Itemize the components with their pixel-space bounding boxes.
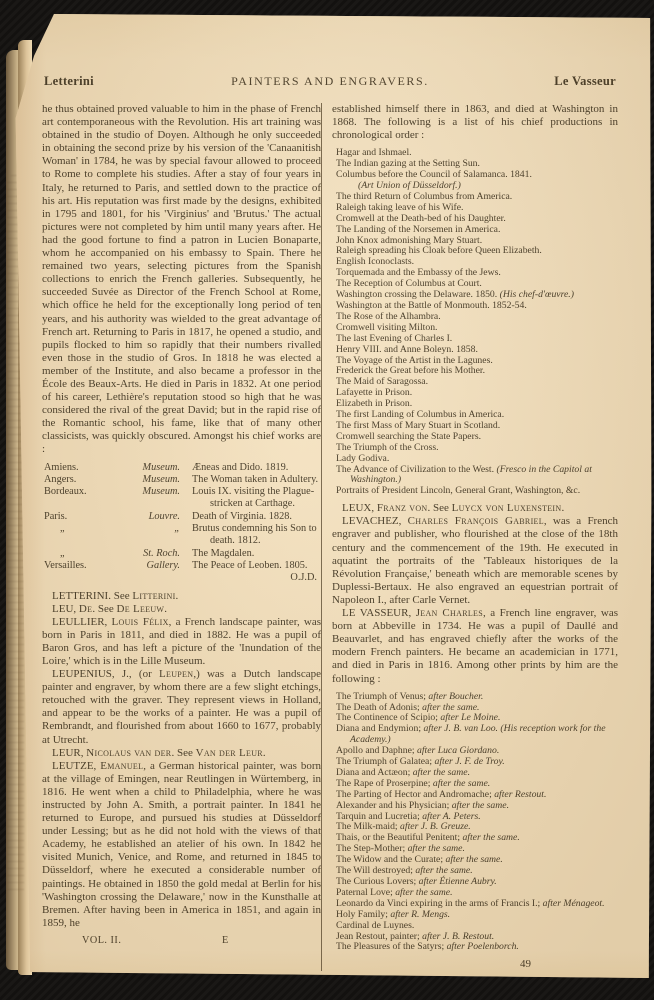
small-caps-name: Jean Charles [416, 607, 483, 619]
works-table-row: Angers.Museum.The Woman taken in Adulter… [44, 474, 321, 486]
work-item: Portraits of President Lincoln, General … [336, 486, 618, 497]
left-column: he thus obtained proved valuable to him … [42, 103, 321, 947]
small-caps-name: Van der Leur [196, 747, 263, 759]
small-caps-name: Charles François Gabriel [408, 515, 544, 527]
text-run: Elizabeth in Prison. [336, 398, 412, 409]
small-caps-name: Leupen [159, 668, 193, 680]
work-location: „ [44, 548, 116, 560]
text-run: The Maid of Saragossa. [336, 376, 428, 387]
text-run: Cardinal de Luynes. [336, 920, 414, 931]
text-run: The Widow and the Curate; [336, 854, 445, 865]
text-run: . See [171, 747, 195, 759]
text-run: LETTERINI. See [52, 590, 132, 602]
works-list: Hagar and Ishmael.The Indian gazing at t… [336, 148, 618, 497]
text-run: . See [428, 502, 452, 514]
running-head-center: PAINTERS AND ENGRAVERS. [231, 74, 429, 89]
text-run: The Triumph of Venus; [336, 691, 428, 702]
small-caps-name: Luycx von Luxenstein [452, 502, 562, 514]
small-caps-name: Emanuel [100, 760, 143, 772]
text-run: Raleigh taking leave of his Wife. [336, 202, 463, 213]
italic-text: after the same. [462, 832, 519, 843]
book-page: Letterini PAINTERS AND ENGRAVERS. Le Vas… [0, 0, 654, 1000]
italic-text: after Étienne Aubry. [419, 876, 497, 887]
text-run: Raleigh spreading his Cloak before Queen… [336, 245, 542, 256]
work-title: Louis IX. visiting the Plague-stricken a… [192, 486, 321, 511]
text-run: Tarquin and Lucretia; [336, 811, 422, 822]
italic-text: after the same. [433, 778, 490, 789]
italic-text: after the same. [445, 854, 502, 865]
paragraph: LEUR, Nicolaus van der. See Van der Leur… [42, 747, 321, 760]
paragraph: established himself there in 1863, and d… [332, 103, 618, 142]
text-run: The first Mass of Mary Stuart in Scotlan… [336, 420, 500, 431]
text-run: Lafayette in Prison. [336, 387, 412, 398]
italic-text: after Restout. [494, 789, 546, 800]
volume-label: VOL. II. [82, 934, 121, 947]
paragraph: he thus obtained proved valuable to him … [42, 103, 321, 457]
text-run: Columbus before the Council of Salamanca… [336, 169, 532, 180]
work-gallery: St. Roch. [116, 548, 180, 560]
text-run: he thus obtained proved valuable to him … [42, 103, 321, 455]
text-run: LEUX, [342, 502, 377, 514]
text-run: The Pleasures of the Satyrs; [336, 941, 447, 952]
text-run: The Landing of the Norsemen in America. [336, 224, 500, 235]
work-title: The Magdalen. [192, 548, 321, 560]
text-run: . [164, 603, 167, 615]
work-location: Angers. [44, 474, 116, 486]
running-head: Letterini PAINTERS AND ENGRAVERS. Le Vas… [42, 74, 618, 91]
text-run: Henry VIII. and Anne Boleyn. 1858. [336, 344, 478, 355]
work-gallery: Museum. [116, 474, 180, 486]
text-run: Holy Family; [336, 909, 390, 920]
work-item: The Pleasures of the Satyrs; after Poele… [336, 942, 618, 953]
page-number: 49 [332, 958, 618, 971]
small-caps-name: Nicolaus van der [86, 747, 171, 759]
paragraph: LEUPENIUS, J., (or Leupen,) was a Dutch … [42, 668, 321, 747]
paragraph: LE VASSEUR, Jean Charles, a French line … [332, 607, 618, 686]
right-column-content: established himself there in 1863, and d… [332, 103, 618, 953]
text-run: The Curious Lovers; [336, 876, 419, 887]
work-title: Death of Virginia. 1828. [192, 511, 321, 523]
contributor-initials: O.J.D. [44, 572, 321, 584]
text-run: Jean Restout, painter; [336, 931, 422, 942]
work-location: Paris. [44, 511, 116, 523]
text-run: The Triumph of the Cross. [336, 442, 439, 453]
small-caps-name: Franz von [377, 502, 428, 514]
text-run: Cromwell at the Death-bed of his Daughte… [336, 213, 506, 224]
small-caps-name: De Leeuw [116, 603, 164, 615]
text-run: The Death of Adonis; [336, 702, 422, 713]
text-run: John Knox admonishing Mary Stuart. [336, 235, 482, 246]
work-gallery: Louvre. [116, 511, 180, 523]
italic-text: after the same. [415, 865, 472, 876]
text-run: . [561, 502, 564, 514]
text-run: The Parting of Hector and Andromache; [336, 789, 494, 800]
text-run: The first Landing of Columbus in America… [336, 409, 504, 420]
italic-text: after Ménageot. [543, 898, 605, 909]
text-run: Cromwell searching the State Papers. [336, 431, 481, 442]
italic-text: after Poelenborch. [447, 941, 519, 952]
italic-text: after the same. [422, 702, 479, 713]
text-run: Portraits of President Lincoln, General … [336, 485, 580, 496]
italic-text: after J. B. Greuze. [400, 821, 471, 832]
text-run: Cromwell visiting Milton. [336, 322, 437, 333]
work-location: Amiens. [44, 462, 116, 474]
right-column: established himself there in 1863, and d… [321, 103, 618, 971]
text-run: English Iconoclasts. [336, 256, 414, 267]
sheet-signature: E [222, 934, 228, 947]
works-table-row: Versailles.Gallery.The Peace of Leoben. … [44, 560, 321, 572]
text-run: The Continence of Scipio; [336, 712, 440, 723]
works-table-row: Paris.Louvre.Death of Virginia. 1828. [44, 511, 321, 523]
paragraph: LEU, De. See De Leeuw. [42, 603, 321, 616]
signature-line: VOL. II. E [42, 934, 321, 947]
work-gallery: „ [116, 523, 180, 548]
italic-text: (Art Union of Düsseldorf.) [358, 180, 461, 191]
text-run: Thais, or the Beautiful Penitent; [336, 832, 462, 843]
work-title: The Peace of Leoben. 1805. [192, 560, 321, 572]
text-run: Paternal Love; [336, 887, 395, 898]
text-run: , a German historical painter, was born … [42, 760, 321, 929]
work-title: The Woman taken in Adultery. [192, 474, 321, 486]
paragraph: LETTERINI. See Litterini. [42, 590, 321, 603]
text-run: . See [92, 603, 116, 615]
work-location: Bordeaux. [44, 486, 116, 511]
works-list: The Triumph of Venus; after Boucher.The … [336, 692, 618, 954]
works-table: Amiens.Museum.Æneas and Dido. 1819.Anger… [44, 462, 321, 585]
paragraph: LEVACHEZ, Charles François Gabriel, was … [332, 515, 618, 607]
text-run: The Voyage of the Artist in the Lagunes. [336, 355, 493, 366]
text-run: Washington at the Battle of Monmouth. 18… [336, 300, 527, 311]
text-run: . [176, 590, 179, 602]
text-run: LEUR, [52, 747, 86, 759]
text-run: Leonardo da Vinci expiring in the arms o… [336, 898, 543, 909]
left-column-content: he thus obtained proved valuable to him … [42, 103, 321, 930]
text-run: Diana and Endymion; [336, 723, 423, 734]
two-column-layout: he thus obtained proved valuable to him … [42, 103, 618, 971]
text-run: LE VASSEUR, [342, 607, 416, 619]
works-table-row: Bordeaux.Museum.Louis IX. visiting the P… [44, 486, 321, 511]
paragraph: LEUTZE, Emanuel, a German historical pai… [42, 760, 321, 930]
text-run: Washington crossing the Delaware. 1850. [336, 289, 500, 300]
works-table-row: „St. Roch.The Magdalen. [44, 548, 321, 560]
text-run: The Reception of Columbus at Court. [336, 278, 482, 289]
italic-text: (His chef-d'œuvre.) [500, 289, 574, 300]
works-table-row: „„Brutus condemning his Son to death. 18… [44, 523, 321, 548]
italic-text: after the same. [408, 843, 465, 854]
text-run: The Step-Mother; [336, 843, 408, 854]
text-run: LEUPENIUS, J., (or [52, 668, 159, 680]
work-location: „ [44, 523, 116, 548]
running-head-right: Le Vasseur [554, 74, 616, 89]
paragraph: LEUX, Franz von. See Luycx von Luxenstei… [332, 502, 618, 515]
italic-text: after R. Mengs. [390, 909, 450, 920]
work-title: Æneas and Dido. 1819. [192, 462, 321, 474]
text-run: LEU, [52, 603, 79, 615]
text-run: Frederick the Great before his Mother. [336, 365, 485, 376]
photo-background: Letterini PAINTERS AND ENGRAVERS. Le Vas… [0, 0, 654, 1000]
paragraph: LEULLIER, Louis Félix, a French landscap… [42, 616, 321, 668]
work-location: Versailles. [44, 560, 116, 572]
text-run: Lady Godiva. [336, 453, 389, 464]
italic-text: after J. B. Restout. [422, 931, 494, 942]
work-title: Brutus condemning his Son to death. 1812… [192, 523, 321, 548]
work-gallery: Museum. [116, 486, 180, 511]
text-run: Apollo and Daphne; [336, 745, 417, 756]
text-run: Diana and Actæon; [336, 767, 413, 778]
work-item: The Advance of Civilization to the West.… [336, 465, 618, 487]
works-table-row: Amiens.Museum.Æneas and Dido. 1819. [44, 462, 321, 474]
text-run: The third Return of Columbus from Americ… [336, 191, 512, 202]
text-run: The Advance of Civilization to the West. [336, 464, 496, 475]
text-run: The Rape of Proserpine; [336, 778, 433, 789]
small-caps-name: Louis Félix [111, 616, 168, 628]
text-run: Torquemada and the Embassy of the Jews. [336, 267, 501, 278]
text-run: , was a French engraver and publisher, w… [332, 515, 618, 606]
text-run: LEVACHEZ, [342, 515, 408, 527]
text-run: LEULLIER, [52, 616, 111, 628]
text-run: The Indian gazing at the Setting Sun. [336, 158, 480, 169]
work-gallery: Museum. [116, 462, 180, 474]
work-item: Diana and Endymion; after J. B. van Loo.… [336, 724, 618, 746]
italic-text: after Boucher. [428, 691, 483, 702]
text-run: . [263, 747, 266, 759]
italic-text: after the same. [395, 887, 452, 898]
text-run: The last Evening of Charles I. [336, 333, 452, 344]
work-gallery: Gallery. [116, 560, 180, 572]
text-run: The Triumph of Galatea; [336, 756, 434, 767]
italic-text: after Le Moine. [440, 712, 500, 723]
italic-text: after A. Peters. [422, 811, 480, 822]
text-run: The Milk-maid; [336, 821, 400, 832]
italic-text: after the same. [413, 767, 470, 778]
text-run: LEUTZE, [52, 760, 100, 772]
text-run: The Will destroyed; [336, 865, 415, 876]
text-run: Alexander and his Physician; [336, 800, 452, 811]
text-run: established himself there in 1863, and d… [332, 103, 618, 141]
text-run: The Rose of the Alhambra. [336, 311, 441, 322]
italic-text: after the same. [452, 800, 509, 811]
small-caps-name: De [79, 603, 92, 615]
small-caps-name: Litterini [132, 590, 175, 602]
text-run: Hagar and Ishmael. [336, 147, 412, 158]
text-block: Letterini PAINTERS AND ENGRAVERS. Le Vas… [42, 74, 618, 971]
running-head-left: Letterini [44, 74, 94, 89]
italic-text: after J. F. de Troy. [434, 756, 504, 767]
italic-text: after Luca Giordano. [417, 745, 499, 756]
